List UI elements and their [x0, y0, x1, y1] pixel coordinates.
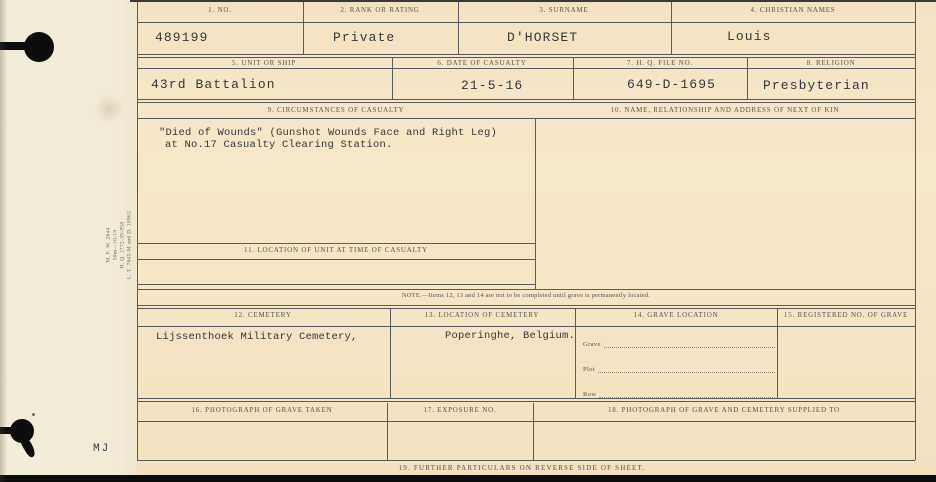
form-number-line: L. T. 7645-M and D. 10962 — [127, 198, 134, 293]
grid-line — [137, 460, 915, 461]
grid-line — [390, 308, 391, 398]
grid-line — [392, 57, 393, 99]
field-label-grave-location: 14. GRAVE LOCATION — [634, 311, 719, 319]
field-label-religion: 8. RELIGION — [807, 59, 856, 67]
grid-line — [535, 118, 536, 289]
grid-line — [137, 401, 915, 402]
grid-line — [137, 2, 138, 460]
grave-location-row: Grave — [583, 340, 775, 349]
field-label-hq-file-no: 7. H. Q. FILE NO. — [627, 59, 693, 67]
field-value-no: 489199 — [155, 30, 208, 45]
grid-line — [573, 57, 574, 99]
binding-margin: M. F. W. 2644 50m—10-19 H. Q. 1772-39-95… — [0, 0, 137, 482]
grid-line — [137, 421, 915, 422]
field-label-date-of-casualty: 6. DATE OF CASUALTY — [437, 59, 526, 67]
field-label-rank: 2. RANK OR RATING — [340, 6, 419, 14]
hole-punch-top-icon — [24, 32, 54, 62]
grid-line — [458, 2, 459, 54]
field-value-hq-file-no: 649-D-1695 — [627, 77, 716, 92]
field-label-no: 1. NO. — [208, 6, 232, 14]
grid-line — [303, 2, 304, 54]
grid-line — [137, 99, 915, 100]
dotted-leader-line — [604, 340, 775, 348]
field-value-circumstances-line1: "Died of Wounds" (Gunshot Wounds Face an… — [159, 127, 497, 139]
grave-row-label: Row — [583, 391, 596, 399]
grid-line — [137, 259, 535, 260]
form-number-line: 50m—10-19 — [113, 198, 120, 293]
grid-line — [137, 284, 535, 285]
grid-line — [130, 0, 936, 2]
casualty-record-card: M. F. W. 2644 50m—10-19 H. Q. 1772-39-95… — [0, 0, 936, 482]
grid-line — [137, 308, 915, 309]
further-particulars-text: 19. FURTHER PARTICULARS ON REVERSE SIDE … — [399, 464, 646, 472]
field-value-religion: Presbyterian — [763, 78, 870, 93]
scan-left-edge-shadow — [0, 0, 7, 482]
grid-line — [137, 243, 535, 244]
field-label-cemetery: 12. CEMETERY — [234, 311, 291, 319]
field-value-rank: Private — [333, 30, 395, 45]
field-value-cemetery-location: Poperinghe, Belgium. — [445, 330, 575, 342]
field-label-cemetery-location: 13. LOCATION OF CEMETERY — [425, 311, 539, 319]
field-value-date-of-casualty: 21-5-16 — [461, 78, 523, 93]
grave-row-label: Grave — [583, 341, 601, 349]
grid-line — [387, 403, 388, 460]
field-label-unit: 5. UNIT OR SHIP — [232, 59, 296, 67]
grid-line — [137, 22, 915, 23]
clerk-initials: MJ — [93, 443, 110, 455]
grid-line — [671, 2, 672, 54]
hole-punch-ink-tail — [18, 433, 38, 458]
field-label-exposure-no: 17. EXPOSURE NO. — [423, 406, 496, 414]
field-label-unit-location: 11. LOCATION OF UNIT AT TIME OF CASUALTY — [244, 246, 428, 254]
ink-speck — [32, 413, 35, 416]
field-label-photo-taken: 16. PHOTOGRAPH OF GRAVE TAKEN — [191, 406, 332, 414]
field-label-surname: 3. SURNAME — [539, 6, 588, 14]
dotted-leader-line — [598, 365, 775, 373]
grid-line — [137, 54, 915, 55]
field-value-christian-names: Louis — [727, 29, 772, 44]
grid-line — [137, 305, 915, 306]
form-number-line: M. F. W. 2644 — [106, 198, 113, 293]
paper-stain — [94, 94, 124, 124]
note-text: NOTE.—Items 12, 13 and 14 are not to be … — [402, 292, 650, 299]
field-label-circumstances: 9. CIRCUMSTANCES OF CASUALTY — [268, 106, 405, 114]
form-number-vertical-text: M. F. W. 2644 50m—10-19 H. Q. 1772-39-95… — [106, 198, 134, 293]
field-value-surname: D'HORSET — [507, 30, 578, 45]
field-label-next-of-kin: 10. NAME, RELATIONSHIP AND ADDRESS OF NE… — [611, 106, 840, 114]
grid-line — [777, 308, 778, 398]
grid-line — [575, 308, 576, 398]
grid-line — [137, 102, 915, 103]
grave-location-row: Row — [583, 390, 775, 399]
grid-line — [137, 398, 915, 399]
field-value-circumstances-line2: at No.17 Casualty Clearing Station. — [165, 139, 393, 151]
grid-line — [915, 2, 916, 460]
field-label-registered-no: 15. REGISTERED NO. OF GRAVE — [784, 311, 908, 319]
grid-line — [137, 68, 915, 69]
grid-line — [533, 403, 534, 460]
field-label-christian-names: 4. CHRISTIAN NAMES — [751, 6, 836, 14]
field-value-cemetery: Lijssenthoek Military Cemetery, — [156, 331, 358, 343]
field-label-photo-supplied: 18. PHOTOGRAPH OF GRAVE AND CEMETERY SUP… — [608, 406, 840, 414]
grid-line — [137, 57, 915, 58]
grid-line — [747, 57, 748, 99]
dotted-leader-line — [599, 390, 775, 398]
form-number-line: H. Q. 1772-39-958 — [120, 198, 127, 293]
grid-line — [137, 289, 915, 290]
grid-line — [137, 118, 915, 119]
grave-row-label: Plot — [583, 366, 595, 374]
grave-location-row: Plot — [583, 365, 775, 374]
field-value-unit: 43rd Battalion — [151, 77, 276, 92]
scan-bottom-edge — [0, 475, 936, 482]
grid-line — [137, 326, 915, 327]
